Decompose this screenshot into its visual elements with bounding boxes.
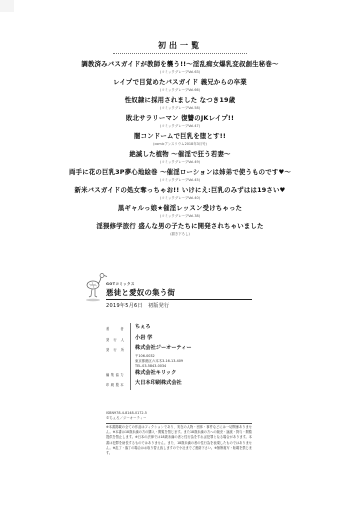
list-item: 闇コンドームで巨乳を堕とす!! (comicアンスリウム2018年3月号) [0, 132, 360, 147]
credit-separator [130, 344, 131, 369]
publisher-block: 株式会社ジーオーティー 〒106-0032 東京都港区六本木3-16-13-40… [135, 344, 192, 369]
first-appearance-list: 初出一覧 調教済みバスガイドが教師を襲う!!〜淫乱痴女爆乳変叔創生秘巻〜 (コミ… [0, 40, 360, 240]
story-source: (コミックグレープVol.38) [0, 213, 360, 219]
story-title: 性奴隷に採用されました なつき19歳 [0, 96, 360, 105]
list-item: 絶滅した植物 〜催淫で狂う若妻〜 (コミックグレープVol.49) [0, 150, 360, 165]
story-title: レイプで目覚めたバスガイド 義兄からの卒業 [0, 78, 360, 87]
credit-separator [130, 334, 131, 345]
book-title: 悪徒と愛奴の集う街 [106, 287, 175, 298]
list-item: 黒ギャルっ娘★催淫レッスン受けちゃった (コミックグレープVol.38) [0, 204, 360, 219]
credit-row-editorial: 編集協力 株式会社キリック [106, 369, 266, 380]
list-item: 淫猥修学旅行 盛んな男の子たちに開発されちゃいました (描き下ろし) [0, 222, 360, 237]
credit-value: 小岩 学 [135, 334, 152, 343]
credit-label: 編集協力 [106, 369, 126, 380]
story-title: 敗北サラリーマン 復讐のJKレイプ!! [0, 114, 360, 123]
list-item: 敗北サラリーマン 復讐のJKレイプ!! (コミックグレープVol.47) [0, 114, 360, 129]
credit-value: 株式会社ジーオーティー [135, 344, 192, 353]
credit-label: 発 行 人 [106, 334, 126, 345]
credit-value: ちぇろ [135, 323, 151, 332]
credit-separator [130, 323, 131, 334]
credit-label: 発 行 所 [106, 344, 126, 355]
title-divider [106, 299, 252, 300]
credit-row-author: 著 者 ちぇろ [106, 323, 266, 334]
story-source: (comicアンスリウム2018年3月号) [0, 141, 360, 147]
credit-separator [130, 369, 131, 380]
story-source: (コミックグレープVol.63) [0, 69, 360, 75]
credit-separator [130, 379, 131, 390]
story-source: (コミックグレープVol.40) [0, 195, 360, 201]
story-title: 黒ギャルっ娘★催淫レッスン受けちゃった [0, 204, 360, 213]
credit-row-printing: 印刷製本 大日本印刷株式会社 [106, 379, 266, 390]
story-source: (コミックグレープVol.47) [0, 123, 360, 129]
list-item: 新米バスガイドの処女奪っちゃお!! いけにえ:巨乳のみずはは19さい♥ (コミッ… [0, 186, 360, 201]
story-title: 両手に花の巨乳3P夢心地絵巻 〜催淫ローションは姉弟で使うものです♥〜 [0, 168, 360, 177]
story-title: 闇コンドームで巨乳を堕とす!! [0, 132, 360, 141]
credit-value: 株式会社キリック [135, 369, 176, 378]
story-title: 調教済みバスガイドが教師を襲う!!〜淫乱痴女爆乳変叔創生秘巻〜 [0, 60, 360, 69]
corner-mark [0, 0, 14, 12]
story-source: (コミックグレープVol.66) [0, 87, 360, 93]
story-title: 淫猥修学旅行 盛んな男の子たちに開発されちゃいました [0, 222, 360, 231]
list-item: 調教済みバスガイドが教師を襲う!!〜淫乱痴女爆乳変叔創生秘巻〜 (コミックグレー… [0, 60, 360, 75]
credits-table: 著 者 ちぇろ 発 行 人 小岩 学 発 行 所 株式会社ジーオーティー 〒10… [106, 323, 266, 390]
credit-label: 印刷製本 [106, 379, 126, 390]
story-source: (コミックグレープVol.58) [0, 105, 360, 111]
story-title: 絶滅した植物 〜催淫で狂う若妻〜 [0, 150, 360, 159]
story-source: (コミックグレープVol.45) [0, 177, 360, 183]
story-source: (コミックグレープVol.49) [0, 159, 360, 165]
credit-row-publisher-person: 発 行 人 小岩 学 [106, 334, 266, 345]
isbn-block: ISBN978-4-8148-0172-5 ©ちぇろ／ジーオーティー [106, 411, 147, 421]
dotted-divider [113, 53, 247, 54]
list-item: 両手に花の巨乳3P夢心地絵巻 〜催淫ローションは姉弟で使うものです♥〜 (コミッ… [0, 168, 360, 183]
copyright: ©ちぇろ／ジーオーティー [106, 416, 147, 421]
story-source: (描き下ろし) [0, 231, 360, 237]
address-block: 〒106-0032 東京都港区六本木3-16-13-409 TEL.03-584… [135, 353, 192, 369]
legal-notice: ※本書掲載の全ての作品はフィクションであり、実在の人物・団体・事件などには一切関… [106, 425, 252, 456]
credit-label: 著 者 [106, 323, 126, 334]
story-title: 新米バスガイドの処女奪っちゃお!! いけにえ:巨乳のみずはは19さい♥ [0, 186, 360, 195]
list-item: レイプで目覚めたバスガイド 義兄からの卒業 (コミックグレープVol.66) [0, 78, 360, 93]
notice-divider [106, 423, 252, 424]
credit-value: 大日本印刷株式会社 [135, 379, 182, 388]
credit-row-publisher: 発 行 所 株式会社ジーオーティー 〒106-0032 東京都港区六本木3-16… [106, 344, 266, 369]
list-title: 初出一覧 [0, 40, 360, 51]
publication-date: 2019年5月6日 初版発行 [106, 302, 169, 309]
list-item: 性奴隷に採用されました なつき19歳 (コミックグレープVol.58) [0, 96, 360, 111]
